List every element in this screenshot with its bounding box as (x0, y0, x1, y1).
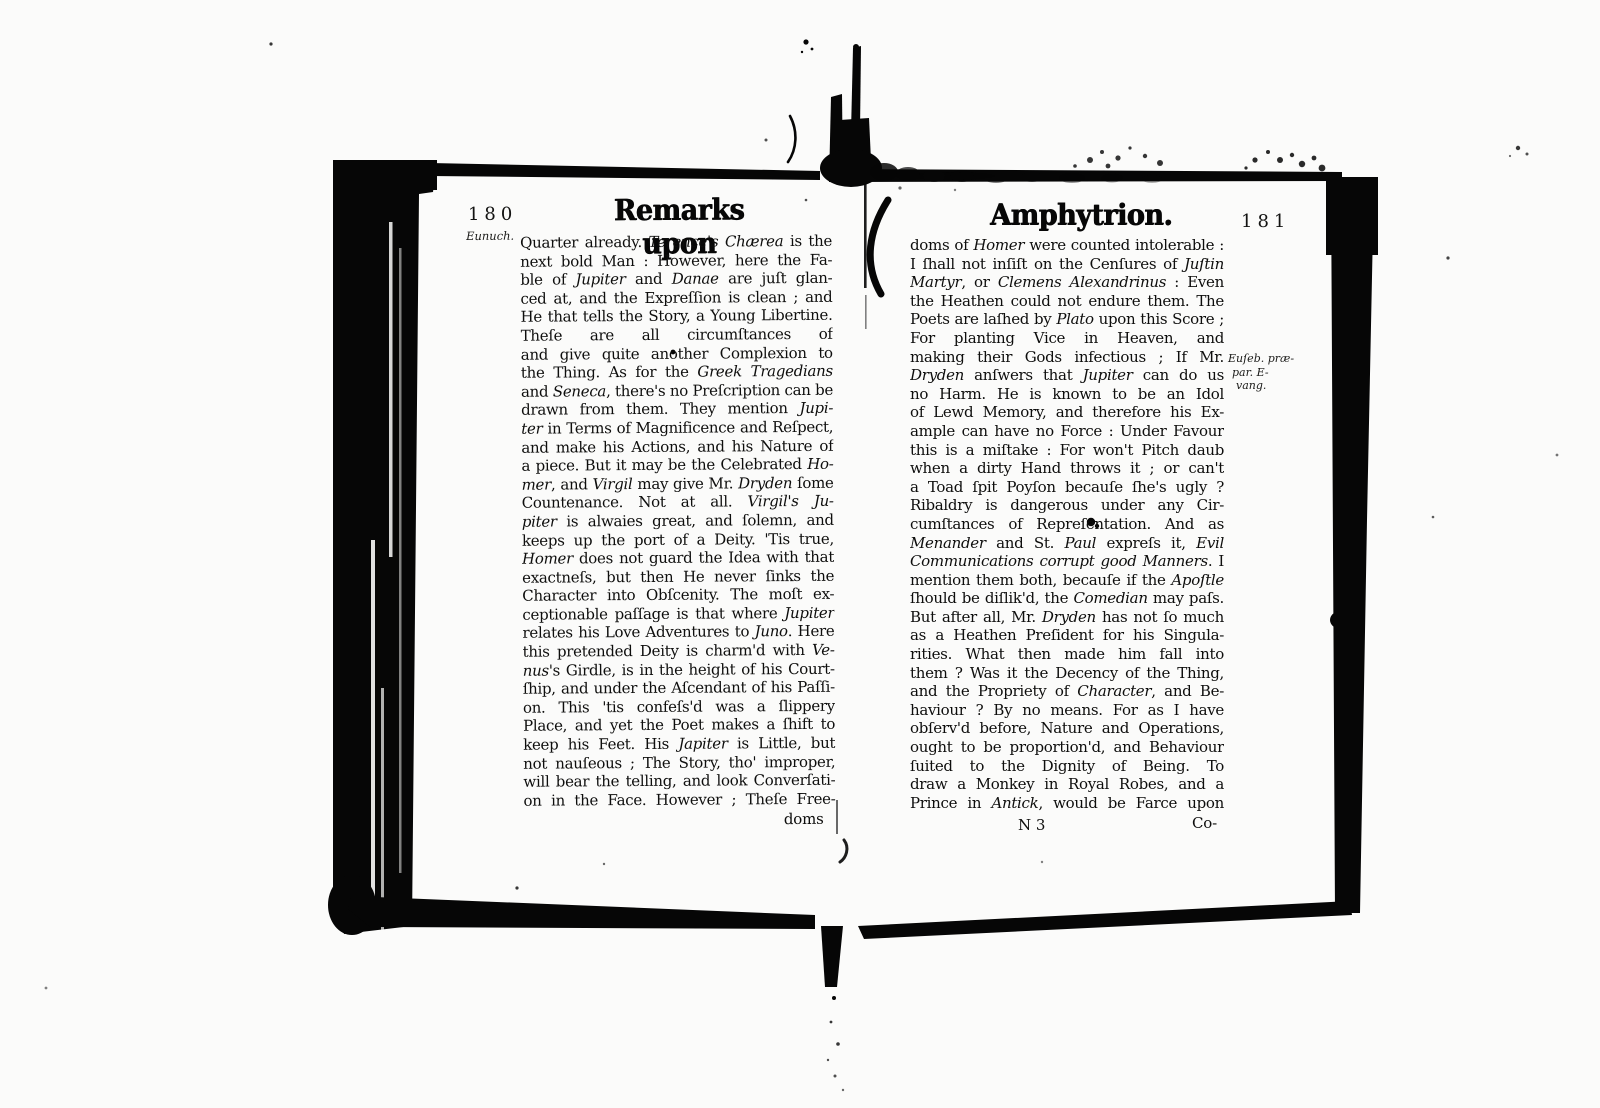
text-line: when a dirty Hand throws it ; or can't (910, 459, 1224, 478)
text-line: the Heathen could not endure them. The (910, 292, 1224, 311)
text-line: mention them both, becauſe if the Apoſtl… (910, 571, 1224, 590)
text-line: rities. What then made him fall into (910, 645, 1224, 664)
text-line: ſuited to the Dignity of Being. To (910, 757, 1224, 776)
text-line: them ? Was it the Decency of the Thing, (910, 664, 1224, 683)
right-text-column: doms of Homer were counted intolerable :… (910, 236, 1224, 812)
text-line: obſerv'd before, Nature and Operations, (910, 719, 1224, 738)
text-line: ought to be proportion'd, and Behaviour (910, 738, 1224, 757)
right-page-number: 181 (1241, 211, 1290, 232)
text-line: Poets are laſhed by Plato upon this Scor… (910, 310, 1224, 329)
text-line: a Toad ſpit Poyſon becauſe ſhe's ugly ? (910, 478, 1224, 497)
right-page: Amphytrion. 181 Euſeb. præ- par. E- vang… (0, 0, 1600, 1108)
right-running-title: Amphytrion. (990, 199, 1165, 232)
text-line: and the Propriety of Character, and Be- (910, 682, 1224, 701)
right-margin-note: Euſeb. præ- par. E- vang. (1228, 352, 1308, 393)
text-line: For planting Vice in Heaven, and (910, 329, 1224, 348)
text-line: Communications corrupt good Manners. I (910, 552, 1224, 571)
margin-note-line: vang. (1228, 379, 1308, 393)
text-line: no Harm. He is known to be an Idol (910, 385, 1224, 404)
text-line: as a Heathen Preſident for his Singula- (910, 626, 1224, 645)
text-line: haviour ? By no means. For as I have (910, 701, 1224, 720)
margin-note-line: par. E- (1228, 366, 1308, 380)
text-line: Menander and St. Paul expreſs it, Evil (910, 534, 1224, 553)
text-line: of Lewd Memory, and therefore his Ex- (910, 403, 1224, 422)
text-line: Ribaldry is dangerous under any Cir- (910, 496, 1224, 515)
text-line: making their Gods infectious ; If Mr. (910, 348, 1224, 367)
text-line: Dryden anſwers that Jupiter can do us (910, 366, 1224, 385)
signature-mark: N 3 (1018, 816, 1045, 834)
text-line: cumſtances of Repreſentation. And as (910, 515, 1224, 534)
text-line: draw a Monkey in Royal Robes, and a (910, 775, 1224, 794)
text-line: doms of Homer were counted intolerable : (910, 236, 1224, 255)
right-catchword: Co- (1192, 814, 1217, 832)
text-line: this is a miſtake : For won't Pitch daub (910, 441, 1224, 460)
text-line: Martyr, or Clemens Alexandrinus : Even (910, 273, 1224, 292)
text-line: I ſhall not inſiſt on the Cenſures of Ju… (910, 255, 1224, 274)
text-line: ample can have no Force : Under Favour (910, 422, 1224, 441)
text-line: ſhould be diſlik'd, the Comedian may paſ… (910, 589, 1224, 608)
text-line: Prince in Antick, would be Farce upon (910, 794, 1224, 813)
scanned-book-page: { "scan": { "page_color": "#fbfbfa", "in… (0, 0, 1600, 1108)
text-line: But after all, Mr. Dryden has not ſo muc… (910, 608, 1224, 627)
margin-note-line: Euſeb. præ- (1228, 352, 1308, 366)
